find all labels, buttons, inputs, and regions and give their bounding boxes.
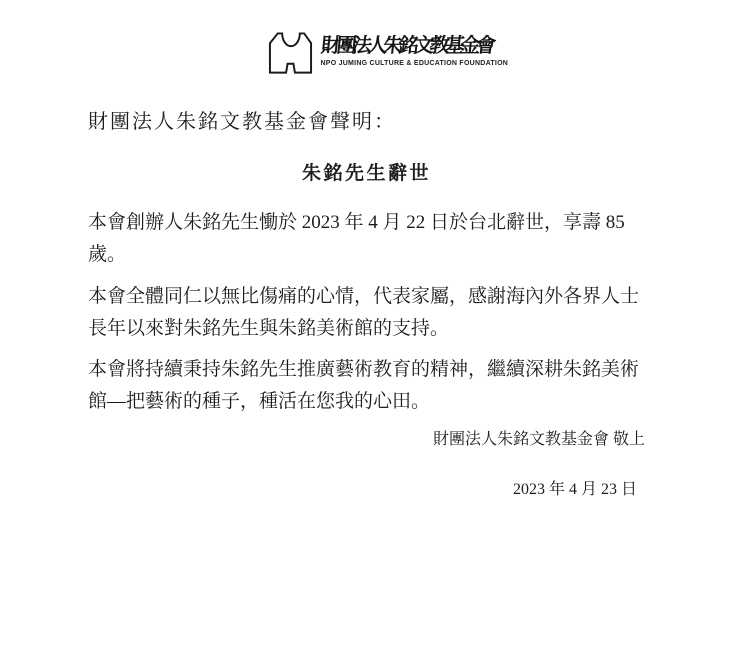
paragraph-line: 本會創辦人朱銘先生慟於 2023 年 4 月 22 日於台北辭世，享壽 85: [88, 207, 645, 239]
paragraph-3: 本會將持續秉持朱銘先生推廣藝術教育的精神，繼續深耕朱銘美術 館—把藝術的種子，種…: [88, 354, 645, 418]
document-body: 財團法人朱銘文教基金會聲明： 朱銘先生辭世 本會創辦人朱銘先生慟於 2023 年…: [0, 107, 755, 502]
signature-line: 財團法人朱銘文教基金會 敬上: [88, 428, 645, 452]
logo-text-block: 財團法人朱銘文教基金會 NPO JUMING CULTURE & EDUCATI…: [321, 30, 489, 67]
logo-calligraphy-text: 財團法人朱銘文教基金會: [319, 34, 490, 58]
statement-heading: 財團法人朱銘文教基金會聲明：: [88, 107, 645, 137]
foundation-logo: 財團法人朱銘文教基金會 NPO JUMING CULTURE & EDUCATI…: [0, 30, 755, 78]
paragraph-line: 館—把藝術的種子，種活在您我的心田。: [88, 386, 645, 418]
date-line: 2023 年 4 月 23 日: [88, 478, 645, 502]
paragraph-line: 長年以來對朱銘先生與朱銘美術館的支持。: [88, 313, 645, 345]
paragraph-1: 本會創辦人朱銘先生慟於 2023 年 4 月 22 日於台北辭世，享壽 85 歲…: [88, 207, 645, 271]
logo-caption-en: NPO JUMING CULTURE & EDUCATION FOUNDATIO…: [321, 60, 489, 67]
paragraph-line: 本會將持續秉持朱銘先生推廣藝術教育的精神，繼續深耕朱銘美術: [88, 354, 645, 386]
juming-foundation-logo-icon: [267, 30, 314, 76]
document-title: 朱銘先生辭世: [88, 159, 645, 189]
paragraph-line: 歲。: [88, 239, 645, 271]
paragraph-2: 本會全體同仁以無比傷痛的心情，代表家屬，感謝海內外各界人士 長年以來對朱銘先生與…: [88, 281, 645, 345]
paragraph-line: 本會全體同仁以無比傷痛的心情，代表家屬，感謝海內外各界人士: [88, 281, 645, 313]
announcement-page: 財團法人朱銘文教基金會 NPO JUMING CULTURE & EDUCATI…: [0, 0, 755, 657]
